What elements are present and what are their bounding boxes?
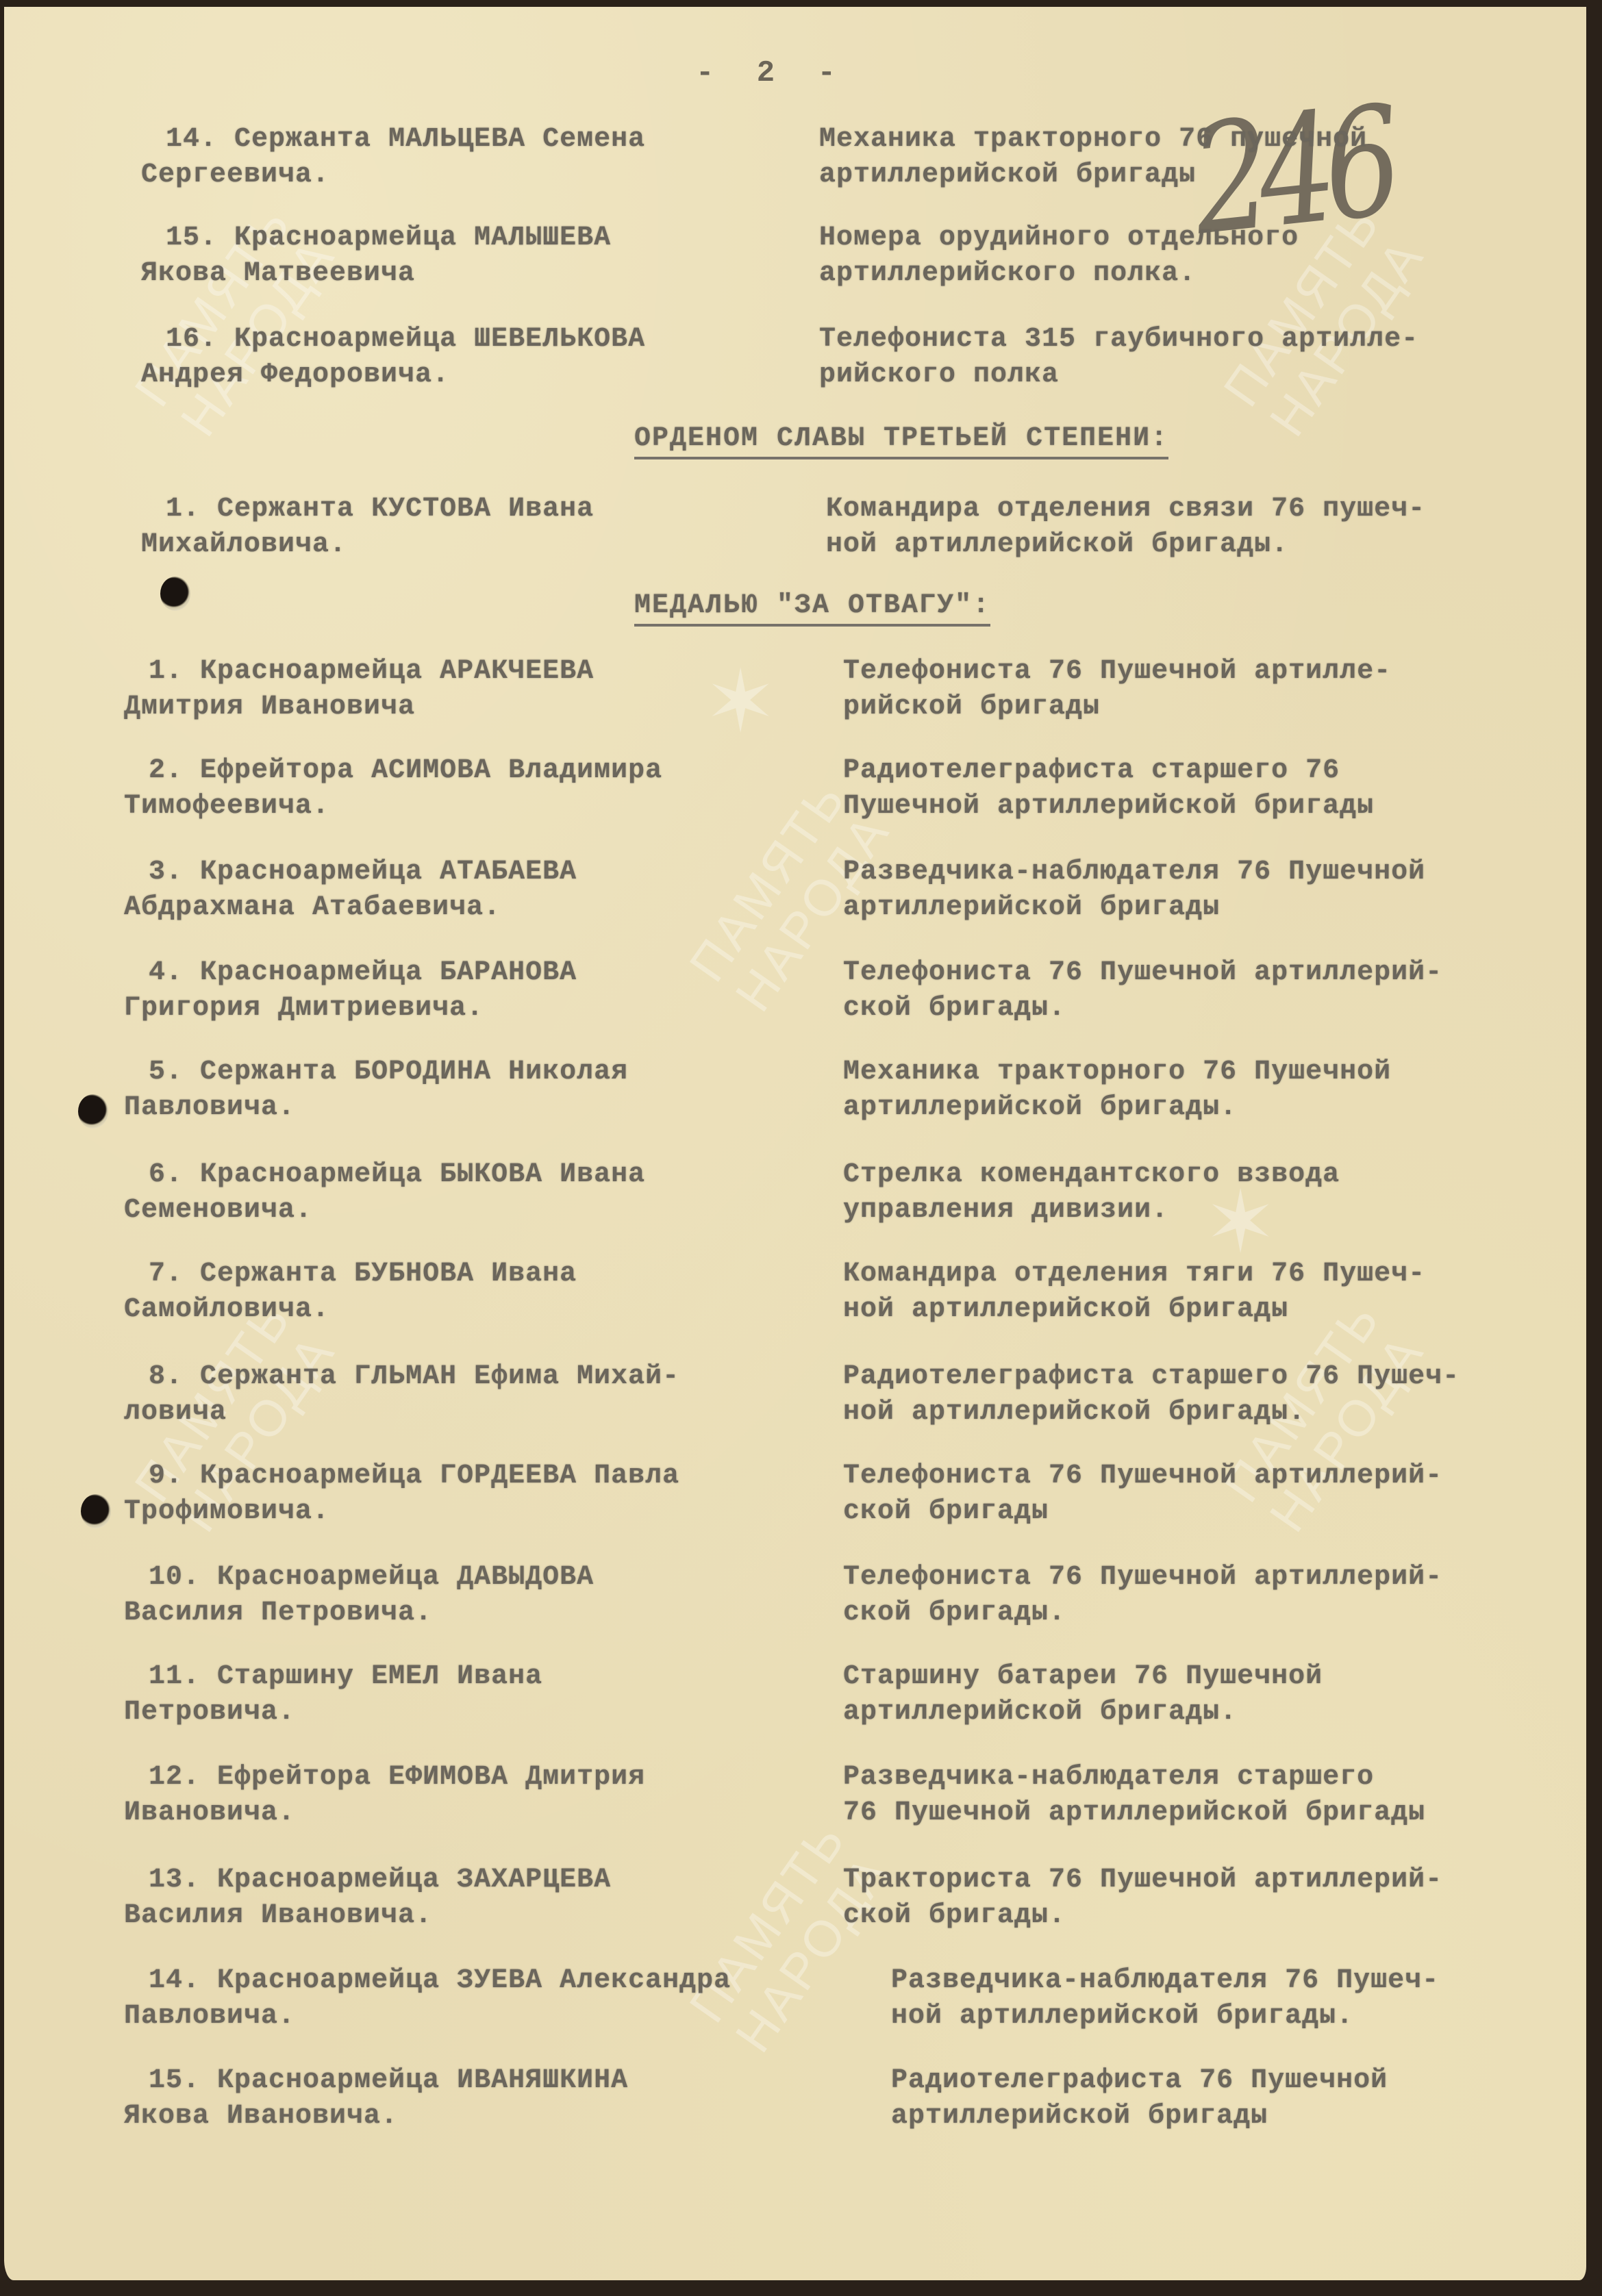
awardee-position: Разведчика-наблюдателя 76 Пушечнойартилл…	[843, 855, 1569, 926]
awardee-line-1: 11. Старшину ЕМЕЛ Ивана	[124, 1659, 809, 1695]
position-line-1: Механика тракторного 76 Пушечной	[843, 1055, 1569, 1090]
position-line-2: ной артиллерийской бригады.	[843, 1395, 1569, 1430]
position-line-2: ной артиллерийской бригады	[843, 1292, 1569, 1328]
position-line-2: Пушечной артиллерийской бригады	[843, 789, 1569, 824]
awardee-position: Старшину батареи 76 Пушечнойартиллерийск…	[843, 1659, 1569, 1730]
awardee-name: 15. Красноармейца МАЛЫШЕВАЯкова Матвееви…	[141, 220, 826, 292]
awardee-name: 7. Сержанта БУБНОВА ИванаСамойловича.	[124, 1257, 809, 1328]
position-line-1: Радиотелеграфиста 76 Пушечной	[891, 2063, 1602, 2099]
awardee-rank-surname: Красноармейца ЗУЕВА Александра	[217, 1965, 731, 1996]
entry-number: 6.	[149, 1159, 183, 1190]
awardee-name: 11. Старшину ЕМЕЛ ИванаПетровича.	[124, 1659, 809, 1730]
entry-number: 3.	[149, 857, 183, 887]
position-line-1: Стрелка комендантского взвода	[843, 1157, 1569, 1193]
entry-number: 14.	[149, 1965, 200, 1996]
section-heading-glory: ОРДЕНОМ СЛАВЫ ТРЕТЬЕЙ СТЕПЕНИ:	[634, 423, 1168, 459]
position-line-2: ной артиллерийской бригады.	[826, 527, 1552, 563]
awardee-line-1: 13. Красноармейца ЗАХАРЦЕВА	[124, 1863, 809, 1898]
awardee-patronymic: Якова Ивановича.	[124, 2099, 809, 2134]
awardee-patronymic: Абдрахмана Атабаевича.	[124, 890, 809, 926]
awardee-line-1: 16. Красноармейца ШЕВЕЛЬКОВА	[141, 322, 826, 357]
position-line-2: артиллерийской бригады.	[843, 1090, 1569, 1126]
awardee-name: 2. Ефрейтора АСИМОВА ВладимираТимофеевич…	[124, 753, 809, 824]
awardee-patronymic: Василия Ивановича.	[124, 1898, 809, 1934]
awardee-patronymic: Петровича.	[124, 1695, 809, 1730]
awardee-line-1: 14. Красноармейца ЗУЕВА Александра	[124, 1963, 809, 1999]
position-line-2: ской бригады.	[843, 1595, 1569, 1631]
position-line-2: управления дивизии.	[843, 1193, 1569, 1228]
position-line-1: Механика тракторного 76 пушечной	[819, 122, 1545, 157]
awardee-position: Номера орудийного отдельногоартиллерийск…	[819, 220, 1545, 292]
position-line-2: артиллерийской бригады	[843, 890, 1569, 926]
awardee-name: 5. Сержанта БОРОДИНА НиколаяПавловича.	[124, 1055, 809, 1126]
awardee-name: 12. Ефрейтора ЕФИМОВА ДмитрияИвановича.	[124, 1760, 809, 1831]
awardee-name: 16. Красноармейца ШЕВЕЛЬКОВААндрея Федор…	[141, 322, 826, 393]
entry-number: 16.	[166, 324, 217, 355]
entry-number: 4.	[149, 957, 183, 988]
awardee-rank-surname: Красноармейца ГОРДЕЕВА Павла	[200, 1461, 679, 1491]
awardee-rank-surname: Красноармейца ШЕВЕЛЬКОВА	[234, 324, 645, 355]
awardee-position: Радиотелеграфиста 76 Пушечнойартиллерийс…	[891, 2063, 1602, 2134]
awardee-rank-surname: Ефрейтора АСИМОВА Владимира	[200, 755, 662, 786]
awardee-rank-surname: Старшину ЕМЕЛ Ивана	[217, 1661, 542, 1692]
awardee-rank-surname: Сержанта ГЛЬМАН Ефима Михай-	[200, 1361, 679, 1392]
entry-number: 15.	[149, 2065, 200, 2096]
awardee-line-1: 14. Сержанта МАЛЬЦЕВА Семена	[141, 122, 826, 157]
awardee-patronymic: Сергеевича.	[141, 157, 826, 193]
awardee-patronymic: Самойловича.	[124, 1292, 809, 1328]
awardee-patronymic: Василия Петровича.	[124, 1595, 809, 1631]
awardee-patronymic: ловича	[124, 1395, 809, 1430]
position-line-1: Телефониста 76 Пушечной артиллерий-	[843, 1560, 1569, 1595]
awardee-line-1: 8. Сержанта ГЛЬМАН Ефима Михай-	[124, 1359, 809, 1395]
awardee-rank-surname: Красноармейца ДАВЫДОВА	[217, 1562, 594, 1593]
position-line-1: Телефониста 76 Пушечной артиллерий-	[843, 1459, 1569, 1494]
awardee-position: Механика тракторного 76 пушечнойартиллер…	[819, 122, 1545, 193]
awardee-line-1: 3. Красноармейца АТАБАЕВА	[124, 855, 809, 890]
position-line-2: артиллерийской бригады	[819, 157, 1545, 193]
awardee-rank-surname: Красноармейца БАРАНОВА	[200, 957, 577, 988]
entry-number: 13.	[149, 1865, 200, 1895]
position-line-1: Командира отделения тяги 76 Пушеч-	[843, 1257, 1569, 1292]
position-line-2: ской бригады.	[843, 1898, 1569, 1934]
position-line-1: Телефониста 76 Пушечной артиллерий-	[843, 955, 1569, 991]
awardee-position: Механика тракторного 76 Пушечнойартиллер…	[843, 1055, 1569, 1126]
awardee-name: 8. Сержанта ГЛЬМАН Ефима Михай-ловича	[124, 1359, 809, 1430]
entry-number: 1.	[166, 494, 200, 525]
awardee-name: 10. Красноармейца ДАВЫДОВАВасилия Петров…	[124, 1560, 809, 1631]
entry-number: 5.	[149, 1057, 183, 1087]
position-line-1: Телефониста 315 гаубичного артилле-	[819, 322, 1545, 357]
entry-number: 1.	[149, 656, 183, 687]
awardee-line-1: 9. Красноармейца ГОРДЕЕВА Павла	[124, 1459, 809, 1494]
awardee-patronymic: Тимофеевича.	[124, 789, 809, 824]
position-line-1: Разведчика-наблюдателя 76 Пушеч-	[891, 1963, 1602, 1999]
position-line-1: Тракториста 76 Пушечной артиллерий-	[843, 1863, 1569, 1898]
awardee-rank-surname: Сержанта МАЛЬЦЕВА Семена	[234, 124, 645, 155]
awardee-line-1: 10. Красноармейца ДАВЫДОВА	[124, 1560, 809, 1595]
awardee-name: 4. Красноармейца БАРАНОВАГригория Дмитри…	[124, 955, 809, 1026]
position-line-1: Разведчика-наблюдателя старшего	[843, 1760, 1569, 1795]
awardee-patronymic: Андрея Федоровича.	[141, 357, 826, 393]
awardee-patronymic: Павловича.	[124, 1999, 809, 2034]
awardee-rank-surname: Сержанта КУСТОВА Ивана	[217, 494, 594, 525]
awardee-patronymic: Якова Матвеевича	[141, 256, 826, 292]
awardee-name: 6. Красноармейца БЫКОВА ИванаСеменовича.	[124, 1157, 809, 1228]
awardee-rank-surname: Красноармейца БЫКОВА Ивана	[200, 1159, 645, 1190]
awardee-position: Командира отделения тяги 76 Пушеч-ной ар…	[843, 1257, 1569, 1328]
position-line-1: Телефониста 76 Пушечной артилле-	[843, 654, 1569, 690]
awardee-name: 14. Красноармейца ЗУЕВА АлександраПавлов…	[124, 1963, 809, 2034]
punch-hole	[160, 577, 190, 611]
awardee-line-1: 1. Сержанта КУСТОВА Ивана	[141, 492, 826, 527]
entry-number: 15.	[166, 223, 217, 253]
page-number: - 2 -	[696, 56, 848, 90]
punch-hole	[81, 1494, 111, 1528]
awardee-line-1: 6. Красноармейца БЫКОВА Ивана	[124, 1157, 809, 1193]
awardee-line-1: 15. Красноармейца МАЛЫШЕВА	[141, 220, 826, 256]
entry-number: 8.	[149, 1361, 183, 1392]
entry-number: 14.	[166, 124, 217, 155]
awardee-position: Командира отделения связи 76 пушеч-ной а…	[826, 492, 1552, 563]
position-line-2: рийской бригады	[843, 690, 1569, 725]
awardee-rank-surname: Красноармейца АТАБАЕВА	[200, 857, 577, 887]
awardee-line-1: 12. Ефрейтора ЕФИМОВА Дмитрия	[124, 1760, 809, 1795]
position-line-2: рийского полка	[819, 357, 1545, 393]
entry-number: 2.	[149, 755, 183, 786]
position-line-2: 76 Пушечной артиллерийской бригады	[843, 1795, 1569, 1831]
awardee-line-1: 1. Красноармейца АРАКЧЕЕВА	[124, 654, 809, 690]
awardee-line-1: 5. Сержанта БОРОДИНА Николая	[124, 1055, 809, 1090]
awardee-name: 13. Красноармейца ЗАХАРЦЕВАВасилия Ивано…	[124, 1863, 809, 1934]
position-line-2: ской бригады.	[843, 991, 1569, 1026]
position-line-1: Радиотелеграфиста старшего 76	[843, 753, 1569, 789]
awardee-patronymic: Павловича.	[124, 1090, 809, 1126]
awardee-patronymic: Дмитрия Ивановича	[124, 690, 809, 725]
entry-number: 12.	[149, 1762, 200, 1793]
awardee-name: 9. Красноармейца ГОРДЕЕВА ПавлаТрофимови…	[124, 1459, 809, 1530]
awardee-position: Радиотелеграфиста старшего 76Пушечной ар…	[843, 753, 1569, 824]
awardee-position: Стрелка комендантского взводауправления …	[843, 1157, 1569, 1228]
awardee-name: 1. Сержанта КУСТОВА ИванаМихайловича.	[141, 492, 826, 563]
awardee-patronymic: Семеновича.	[124, 1193, 809, 1228]
entry-number: 11.	[149, 1661, 200, 1692]
position-line-2: ской бригады	[843, 1494, 1569, 1530]
awardee-line-1: 2. Ефрейтора АСИМОВА Владимира	[124, 753, 809, 789]
position-line-2: артиллерийской бригады	[891, 2099, 1602, 2134]
awardee-name: 15. Красноармейца ИВАНЯШКИНАЯкова Иванов…	[124, 2063, 809, 2134]
position-line-1: Командира отделения связи 76 пушеч-	[826, 492, 1552, 527]
awardee-rank-surname: Красноармейца АРАКЧЕЕВА	[200, 656, 594, 687]
position-line-1: Номера орудийного отдельного	[819, 220, 1545, 256]
document-page: ПАМЯТЬНАРОДА ПАМЯТЬНАРОДА ПАМЯТЬНАРОДА П…	[4, 7, 1586, 2280]
awardee-position: Разведчика-наблюдателя старшего76 Пушечн…	[843, 1760, 1569, 1831]
awardee-rank-surname: Ефрейтора ЕФИМОВА Дмитрия	[217, 1762, 645, 1793]
section-heading-medal: МЕДАЛЬЮ "ЗА ОТВАГУ":	[634, 590, 990, 627]
entry-number: 7.	[149, 1259, 183, 1289]
awardee-line-1: 7. Сержанта БУБНОВА Ивана	[124, 1257, 809, 1292]
awardee-patronymic: Григория Дмитриевича.	[124, 991, 809, 1026]
awardee-position: Разведчика-наблюдателя 76 Пушеч-ной арти…	[891, 1963, 1602, 2034]
awardee-patronymic: Трофимовича.	[124, 1494, 809, 1530]
entry-number: 10.	[149, 1562, 200, 1593]
awardee-line-1: 4. Красноармейца БАРАНОВА	[124, 955, 809, 991]
awardee-position: Радиотелеграфиста старшего 76 Пушеч-ной …	[843, 1359, 1569, 1430]
position-line-2: ной артиллерийской бригады.	[891, 1999, 1602, 2034]
awardee-patronymic: Ивановича.	[124, 1795, 809, 1831]
position-line-1: Старшину батареи 76 Пушечной	[843, 1659, 1569, 1695]
awardee-position: Телефониста 76 Пушечной артиллерий-ской …	[843, 1560, 1569, 1631]
awardee-position: Тракториста 76 Пушечной артиллерий-ской …	[843, 1863, 1569, 1934]
position-line-2: артиллерийского полка.	[819, 256, 1545, 292]
awardee-position: Телефониста 76 Пушечной артиллерий-ской …	[843, 955, 1569, 1026]
punch-hole	[78, 1094, 108, 1128]
entry-number: 9.	[149, 1461, 183, 1491]
position-line-1: Разведчика-наблюдателя 76 Пушечной	[843, 855, 1569, 890]
awardee-name: 1. Красноармейца АРАКЧЕЕВАДмитрия Иванов…	[124, 654, 809, 725]
awardee-position: Телефониста 315 гаубичного артилле-рийск…	[819, 322, 1545, 393]
awardee-patronymic: Михайловича.	[141, 527, 826, 563]
awardee-rank-surname: Красноармейца МАЛЫШЕВА	[234, 223, 611, 253]
awardee-rank-surname: Сержанта БУБНОВА Ивана	[200, 1259, 577, 1289]
awardee-name: 14. Сержанта МАЛЬЦЕВА СеменаСергеевича.	[141, 122, 826, 193]
awardee-rank-surname: Красноармейца ЗАХАРЦЕВА	[217, 1865, 611, 1895]
position-line-1: Радиотелеграфиста старшего 76 Пушеч-	[843, 1359, 1569, 1395]
awardee-rank-surname: Сержанта БОРОДИНА Николая	[200, 1057, 628, 1087]
awardee-position: Телефониста 76 Пушечной артиллерий-ской …	[843, 1459, 1569, 1530]
awardee-position: Телефониста 76 Пушечной артилле-рийской …	[843, 654, 1569, 725]
awardee-line-1: 15. Красноармейца ИВАНЯШКИНА	[124, 2063, 809, 2099]
position-line-2: артиллерийской бригады.	[843, 1695, 1569, 1730]
awardee-rank-surname: Красноармейца ИВАНЯШКИНА	[217, 2065, 628, 2096]
awardee-name: 3. Красноармейца АТАБАЕВААбдрахмана Атаб…	[124, 855, 809, 926]
